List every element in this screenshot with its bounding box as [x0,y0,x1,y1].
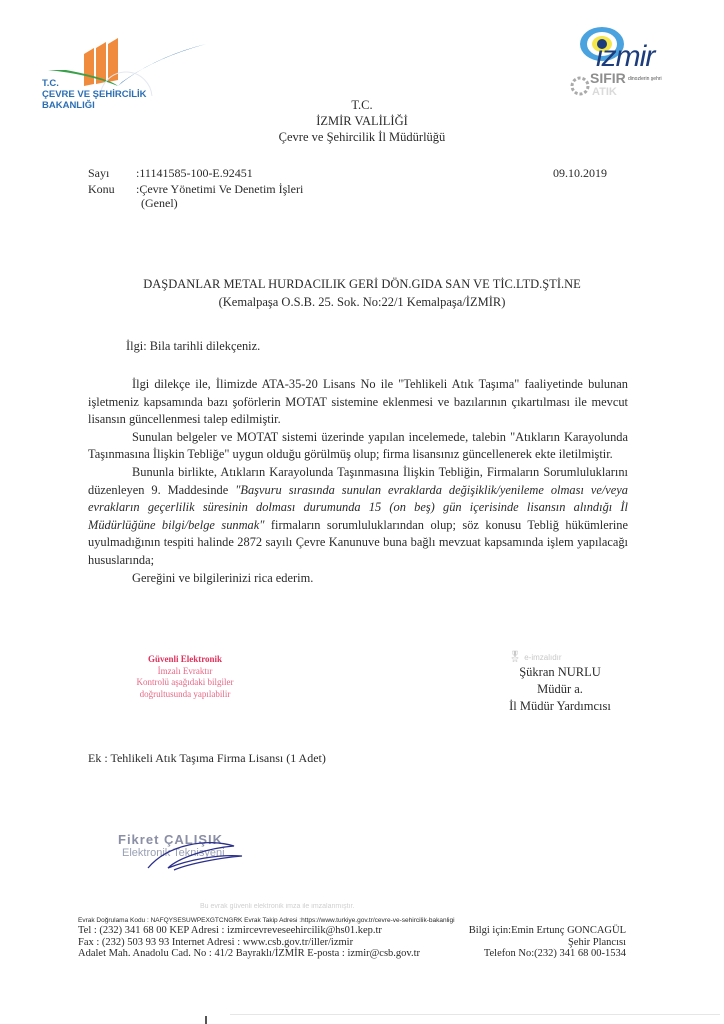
izmir-logo: izmir SIFIR ATIK dinozlerin şehri [570,26,690,106]
stamp-line-3: Kontrolü aşağıdaki bilgiler [100,677,270,689]
signer-block: Şükran NURLU Müdür a. İl Müdür Yardımcıs… [480,664,640,715]
izmir-tagline: dinozlerin şehri [628,76,662,82]
info-contact-title: Şehir Plancısı [469,937,626,949]
header-mudurluk: Çevre ve Şehircilik İl Müdürlüğü [0,130,724,145]
technician-stamp: Fikret ÇALIŞIK Elektronik Teknisyeni [118,832,225,859]
stamp-line-1: Güvenli Elektronik [100,654,270,666]
ministry-logo-line-1: T.C. [42,79,59,90]
konu-label: Konu [88,182,115,196]
footer-fax: Fax : (232) 503 93 93 Internet Adresi : … [78,937,455,949]
signer-title-2: İl Müdür Yardımcısı [480,698,640,715]
verification-code: Evrak Doğrulama Kodu : NAFQYSESUWPEXGTCN… [78,916,455,925]
letter-body: İlgi dilekçe ile, İlimizde ATA-35-20 Lis… [88,376,628,587]
esign-badge: 🎖 e-imzalıdır [508,650,562,663]
esign-label: e-imzalıdır [524,653,561,662]
ministry-emblem-icon [38,36,218,96]
info-contact-phone: Telefon No:(232) 341 68 00-1534 [469,948,626,960]
header-valilik: İZMİR VALİLİĞİ [0,114,724,129]
page-edge-line [230,1014,720,1015]
footer-address: Adalet Mah. Anadolu Cad. No : 41/2 Bayra… [78,948,455,960]
footer-contact: Evrak Doğrulama Kodu : NAFQYSESUWPEXGTCN… [78,916,455,960]
atik-text: ATIK [592,86,617,98]
secure-signature-stamp: Güvenli Elektronik İmzalı Evraktır Kontr… [100,654,270,700]
konu-value: :Çevre Yönetimi Ve Denetim İşleri [136,182,303,196]
konu-value-sub: (Genel) [141,196,178,210]
header-tc: T.C. [0,98,724,113]
signer-title-1: Müdür a. [480,681,640,698]
faint-footer-note: Bu evrak güvenli elektronik imza ile imz… [200,903,540,910]
footer-tel: Tel : (232) 341 68 00 KEP Adresi : izmir… [78,925,455,937]
signature-scribble-icon [138,834,248,874]
stamp-line-2: İmzalı Evraktır [100,666,270,678]
paragraph-3: Bununla birlikte, Atıkların Karayolunda … [88,464,628,570]
addressee-name: DAŞDANLAR METAL HURDACILIK GERİ DÖN.GIDA… [0,276,724,293]
sayi-label: Sayı [88,166,109,180]
paragraph-1: İlgi dilekçe ile, İlimizde ATA-35-20 Lis… [88,376,628,429]
sayi-value: :11141585-100-E.92451 [136,166,253,180]
attachment-line: Ek : Tehlikeli Atık Taşıma Firma Lisansı… [88,751,326,766]
reference-line: İlgi: Bila tarihli dilekçeniz. [126,339,260,354]
page-edge-mark [205,1016,207,1024]
sifir-text: SIFIR [590,70,626,86]
closing-paragraph: Gereğini ve bilgilerinizi rica ederim. [88,570,628,588]
paragraph-2: Sunulan belgeler ve MOTAT sistemi üzerin… [88,429,628,464]
signer-name: Şükran NURLU [480,664,640,681]
ribbon-icon: 🎖 [508,651,522,663]
addressee-address: (Kemalpaşa O.S.B. 25. Sok. No:22/1 Kemal… [0,294,724,311]
stamp-line-4: doğrultusunda yapılabilir [100,689,270,701]
gear-icon [570,72,590,100]
izmir-wordmark: izmir [596,40,654,74]
info-contact-name: Bilgi için:Emin Ertunç GONCAGÜL [469,925,626,937]
footer-info: Bilgi için:Emin Ertunç GONCAGÜL Şehir Pl… [469,925,626,960]
document-date: 09.10.2019 [553,166,607,180]
